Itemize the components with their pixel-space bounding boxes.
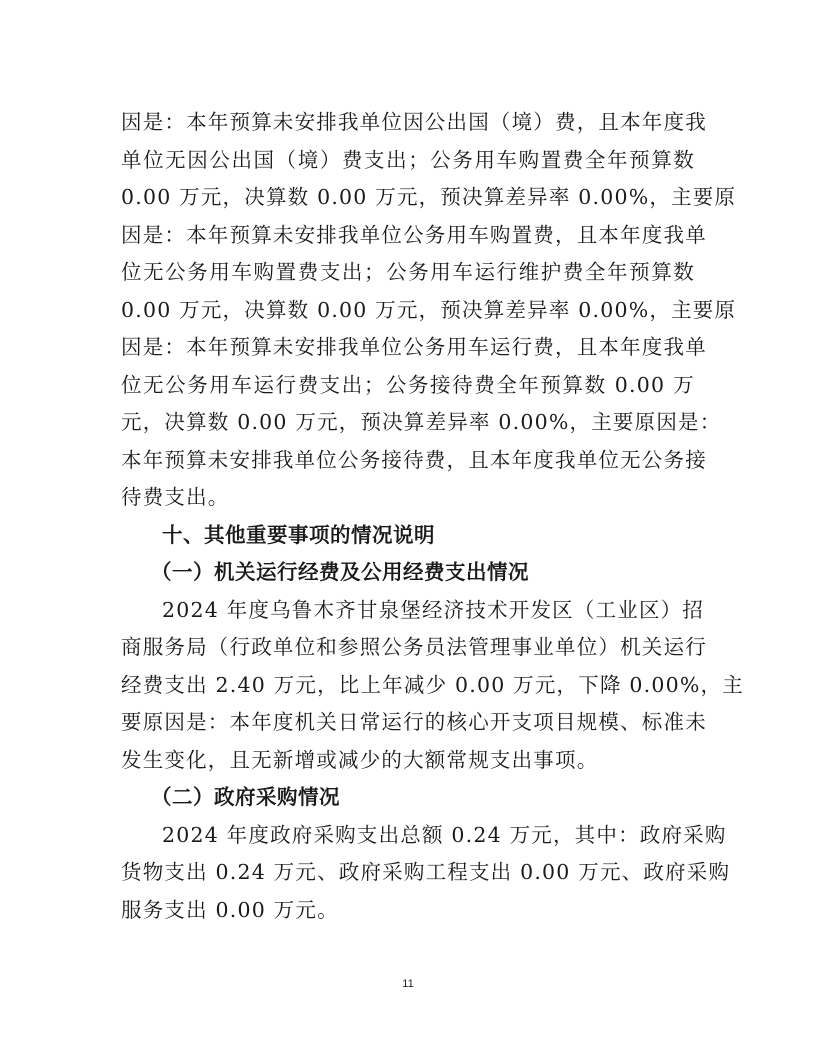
text-line: 经费支出 2.40 万元，比上年减少 0.00 万元，下降 0.00%，主 [121,667,695,705]
text-line: 服务支出 0.00 万元。 [121,892,695,930]
text-line: 因是：本年预算未安排我单位公务用车购置费，且本年度我单 [121,217,695,255]
section-heading: 十、其他重要事项的情况说明 [121,517,695,555]
text-line: 待费支出。 [121,479,695,517]
subsection-heading-operating-expenses: （一）机关运行经费及公用经费支出情况 [121,554,695,592]
text-line: 位无公务用车购置费支出；公务用车运行维护费全年预算数 [121,254,695,292]
subsection-heading-procurement: （二）政府采购情况 [121,779,695,817]
text-line: 2024 年度乌鲁木齐甘泉堡经济技术开发区（工业区）招 [121,592,695,630]
paragraph-operating-expenses: 2024 年度乌鲁木齐甘泉堡经济技术开发区（工业区）招 商服务局（行政单位和参照… [121,592,695,780]
text-line: 0.00 万元，决算数 0.00 万元，预决算差异率 0.00%，主要原 [121,179,695,217]
page-number: 11 [0,978,816,990]
text-line: 商服务局（行政单位和参照公务员法管理事业单位）机关运行 [121,629,695,667]
text-line: 0.00 万元，决算数 0.00 万元，预决算差异率 0.00%，主要原 [121,292,695,330]
text-line: 2024 年度政府采购支出总额 0.24 万元，其中：政府采购 [121,817,695,855]
text-line: 货物支出 0.24 万元、政府采购工程支出 0.00 万元、政府采购 [121,854,695,892]
text-line: 元，决算数 0.00 万元，预决算差异率 0.00%，主要原因是： [121,404,695,442]
paragraph-procurement: 2024 年度政府采购支出总额 0.24 万元，其中：政府采购 货物支出 0.2… [121,817,695,930]
document-page: 因是：本年预算未安排我单位因公出国（境）费，且本年度我 单位无因公出国（境）费支… [121,104,695,929]
text-line: 因是：本年预算未安排我单位公务用车运行费，且本年度我单 [121,329,695,367]
text-line: 发生变化，且无新增或减少的大额常规支出事项。 [121,742,695,780]
text-line: 位无公务用车运行费支出；公务接待费全年预算数 0.00 万 [121,367,695,405]
text-line: 要原因是：本年度机关日常运行的核心开支项目规模、标准未 [121,704,695,742]
text-line: 因是：本年预算未安排我单位因公出国（境）费，且本年度我 [121,104,695,142]
paragraph-public-expenses-continued: 因是：本年预算未安排我单位因公出国（境）费，且本年度我 单位无因公出国（境）费支… [121,104,695,517]
text-line: 单位无因公出国（境）费支出；公务用车购置费全年预算数 [121,142,695,180]
text-line: 本年预算未安排我单位公务接待费，且本年度我单位无公务接 [121,442,695,480]
